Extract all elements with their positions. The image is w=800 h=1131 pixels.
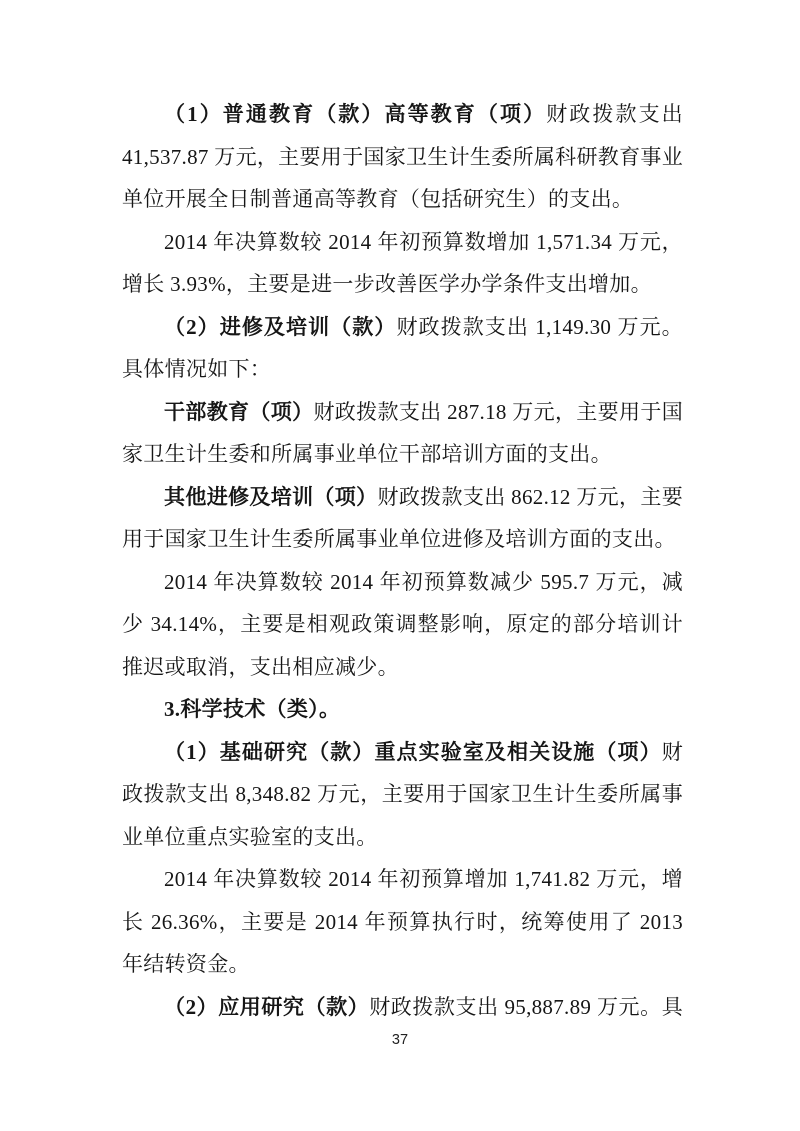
text-line: 家卫生计生委和所属事业单位干部培训方面的支出。 [122,433,683,476]
text-line: （1）基础研究（款）重点实验室及相关设施（项）财 [122,731,683,774]
bold-run: （1）基础研究（款）重点实验室及相关设施（项） [164,740,662,764]
bold-run: 3.科学技术（类）。 [164,697,340,721]
text-line: 2014 年决算数较 2014 年初预算数减少 595.7 万元，减 [122,561,683,604]
text-run: 财政拨款支出 1,149.30 万元。 [396,315,683,339]
text-run: 增长 3.93%，主要是进一步改善医学办学条件支出增加。 [122,272,652,296]
text-run: 家卫生计生委和所属事业单位干部培训方面的支出。 [122,442,612,466]
page-number: 37 [0,1032,800,1048]
text-run: 2014 年决算数较 2014 年初预算数增加 1,571.34 万元， [164,230,683,254]
text-run: 年结转资金。 [122,952,250,976]
document-page: （1）普通教育（款）高等教育（项）财政拨款支出 41,537.87 万元，主要用… [0,0,800,1131]
text-line: 增长 3.93%，主要是进一步改善医学办学条件支出增加。 [122,263,683,306]
text-run: 财 [662,740,683,764]
text-line: （2）应用研究（款）财政拨款支出 95,887.89 万元。具 [122,986,683,1029]
text-run: 少 34.14%，主要是相观政策调整影响，原定的部分培训计划 [122,612,683,646]
bold-run: （1）普通教育（款）高等教育（项） [164,102,546,126]
text-run: 推迟或取消，支出相应减少。 [122,655,399,679]
text-line: 推迟或取消，支出相应减少。 [122,646,683,689]
text-line: 业单位重点实验室的支出。 [122,816,683,859]
text-line: （1）普通教育（款）高等教育（项）财政拨款支出 [122,93,683,136]
text-run: 具体情况如下： [122,357,271,381]
text-run: 41,537.87 万元，主要用于国家卫生计生委所属科研教育事业 [122,145,683,169]
bold-run: 其他进修及培训（项） [164,485,377,509]
text-line: 41,537.87 万元，主要用于国家卫生计生委所属科研教育事业 [122,136,683,179]
text-run: 财政拨款支出 287.18 万元，主要用于国 [313,400,683,424]
text-run: 用于国家卫生计生委所属事业单位进修及培训方面的支出。 [122,527,676,551]
section-heading: 3.科学技术（类）。 [122,688,683,731]
text-run: 单位开展全日制普通高等教育（包括研究生）的支出。 [122,187,633,211]
text-line: 年结转资金。 [122,943,683,986]
text-line: 用于国家卫生计生委所属事业单位进修及培训方面的支出。 [122,518,683,561]
bold-run: 干部教育（项） [164,400,313,424]
text-run: 2014 年决算数较 2014 年初预算数减少 595.7 万元，减 [164,570,683,594]
text-line: 少 34.14%，主要是相观政策调整影响，原定的部分培训计划 [122,603,683,646]
text-run: 财政拨款支出 862.12 万元，主要 [377,485,683,509]
text-line: 其他进修及培训（项）财政拨款支出 862.12 万元，主要 [122,476,683,519]
text-column: （1）普通教育（款）高等教育（项）财政拨款支出 41,537.87 万元，主要用… [122,93,683,1028]
text-line: 2014 年决算数较 2014 年初预算数增加 1,571.34 万元， [122,221,683,264]
text-line: 政拨款支出 8,348.82 万元，主要用于国家卫生计生委所属事 [122,773,683,816]
text-run: 财政拨款支出 95,887.89 万元。具 [369,995,683,1019]
text-line: 具体情况如下： [122,348,683,391]
text-line: （2）进修及培训（款）财政拨款支出 1,149.30 万元。 [122,306,683,349]
text-run: 政拨款支出 8,348.82 万元，主要用于国家卫生计生委所属事 [122,782,683,806]
text-line: 干部教育（项）财政拨款支出 287.18 万元，主要用于国 [122,391,683,434]
text-line: 长 26.36%，主要是 2014 年预算执行时，统筹使用了 2013 [122,901,683,944]
bold-run: （2）进修及培训（款） [164,315,396,339]
text-run: 业单位重点实验室的支出。 [122,825,378,849]
text-line: 单位开展全日制普通高等教育（包括研究生）的支出。 [122,178,683,221]
text-run: 长 26.36%，主要是 2014 年预算执行时，统筹使用了 2013 [122,910,683,934]
text-run: 2014 年决算数较 2014 年初预算增加 1,741.82 万元，增 [164,867,683,891]
bold-run: （2）应用研究（款） [164,995,369,1019]
text-line: 2014 年决算数较 2014 年初预算增加 1,741.82 万元，增 [122,858,683,901]
text-run: 财政拨款支出 [546,102,683,126]
